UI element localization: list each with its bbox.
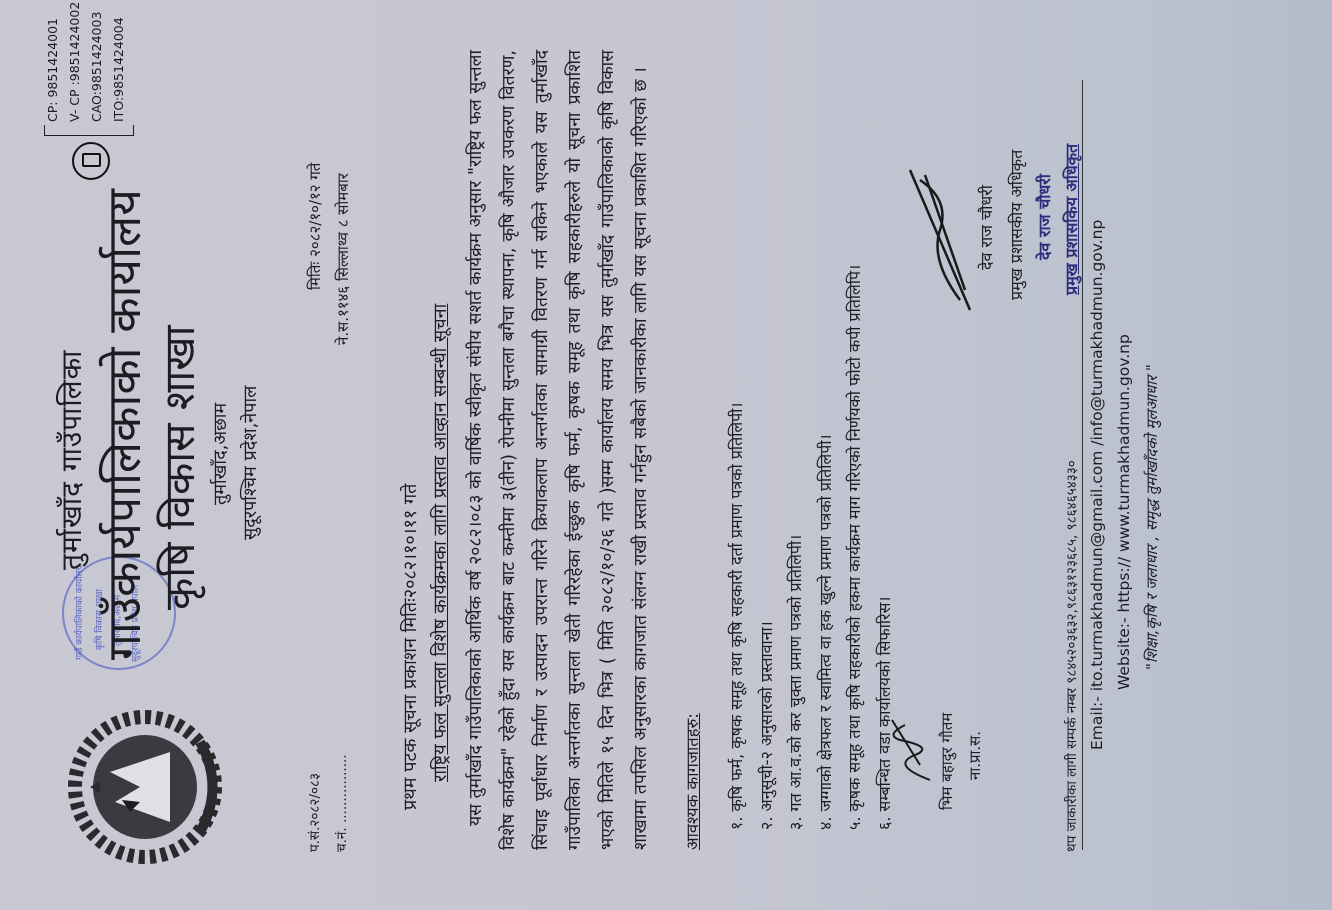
phone-cp: CP: 9851424001	[42, 2, 64, 122]
phone-vcp: V- CP :9851424002	[64, 2, 86, 122]
date-bs: मितिः २०८२/१०/१२ गते	[305, 163, 325, 290]
official-stamp-name: देव राज चौधरी	[1033, 174, 1055, 260]
signatory-right-title: प्रमुख प्रशासकीय अधिकृत	[1005, 150, 1027, 300]
nepal-emblem-icon	[60, 702, 230, 872]
date-ns: ने.स.११४६ सिल्लाथ्व ८ सोमबार	[333, 173, 353, 345]
footer-divider	[1082, 80, 1083, 850]
rotated-letter-page: गाउँ कार्यपालिकाको कार्यालय कृषि विकास श…	[0, 0, 1332, 910]
stamp-line: गाउँ कार्यपालिकाको कार्यालय	[72, 565, 85, 660]
brace-divider	[44, 125, 134, 136]
address-line-2: सुदूरपश्चिम प्रदेश,नेपाल	[238, 386, 262, 540]
phone-cao: CAO:9851424003	[86, 2, 108, 122]
required-docs-list: १. कृषि फर्म, कृषक समूह तथा कृषि सहकारी …	[722, 265, 899, 830]
list-item: १. कृषि फर्म, कृषक समूह तथा कृषि सहकारी …	[722, 265, 752, 830]
signatory-left-title: ना.प्रा.स.	[965, 731, 985, 780]
notice-body: यस तुर्माखाँद गाउँपालिकाको आर्थिक वर्ष २…	[460, 50, 658, 850]
signatory-left-name: भिम बहादुर गौतम	[937, 713, 957, 810]
list-item: ४. जग्गाको क्षेत्रफल र स्वामित्व वा हक ख…	[811, 265, 841, 830]
municipality-name: तुर्माखाँद गाउँपालिका	[52, 350, 90, 570]
mobile-phone-icon	[72, 142, 110, 180]
address-line-1: तुर्माखाँद,अछाम	[208, 403, 232, 505]
footer-contact-numbers: थप जाकारीका लागी सम्पर्क नम्बर ९८४५२०३६३…	[1062, 460, 1080, 852]
footer-email: Email:- ito.turmakhadmun@gmail.com /info…	[1088, 220, 1106, 750]
signatory-right-name: देव राज चौधरी	[975, 185, 997, 270]
list-item: ५. कृषक समूह तथा कृषि सहकारीको हकमा कार्…	[840, 265, 870, 830]
phone-contacts: CP: 9851424001 V- CP :9851424002 CAO:985…	[36, 10, 146, 180]
list-item: ३. गत आ.व.को कर चुक्ता प्रमाण पत्रको प्र…	[781, 265, 811, 830]
list-item: २. अनुसूची-२ अनुसारको प्रस्तावाना।	[752, 265, 782, 830]
notice-title: राष्ट्रिय फल सुन्तला विशेष कार्यक्रमका ल…	[428, 304, 452, 782]
phone-list: CP: 9851424001 V- CP :9851424002 CAO:985…	[42, 2, 130, 122]
office-name: गाउँकार्यपालिकाको कार्यालय	[92, 189, 154, 660]
footer-motto: "शिक्षा,कृषि र जलाधार , समृद्ध तुर्माखाँ…	[1142, 364, 1162, 670]
dispatch-number: च.नं. ................	[332, 754, 350, 852]
phone-ito: ITO:9851424004	[108, 2, 130, 122]
letter-number: प.सं.२०८२/०८३	[305, 773, 323, 852]
first-publication-line: प्रथम पटक सूचना प्रकाशन मितिः२०८२।१०।११ …	[398, 484, 422, 810]
required-docs-heading: आवश्यक कागजातहरु:	[680, 713, 703, 850]
signature-right	[900, 160, 980, 320]
signature-left	[880, 715, 940, 785]
official-stamp-title: प्रमुख प्रशासकिय अधिकृत	[1060, 144, 1082, 295]
branch-name: कृषि विकास शाखा	[150, 325, 207, 610]
footer-website: Website:- https:// www.turmakhadmun.gov.…	[1115, 334, 1133, 690]
